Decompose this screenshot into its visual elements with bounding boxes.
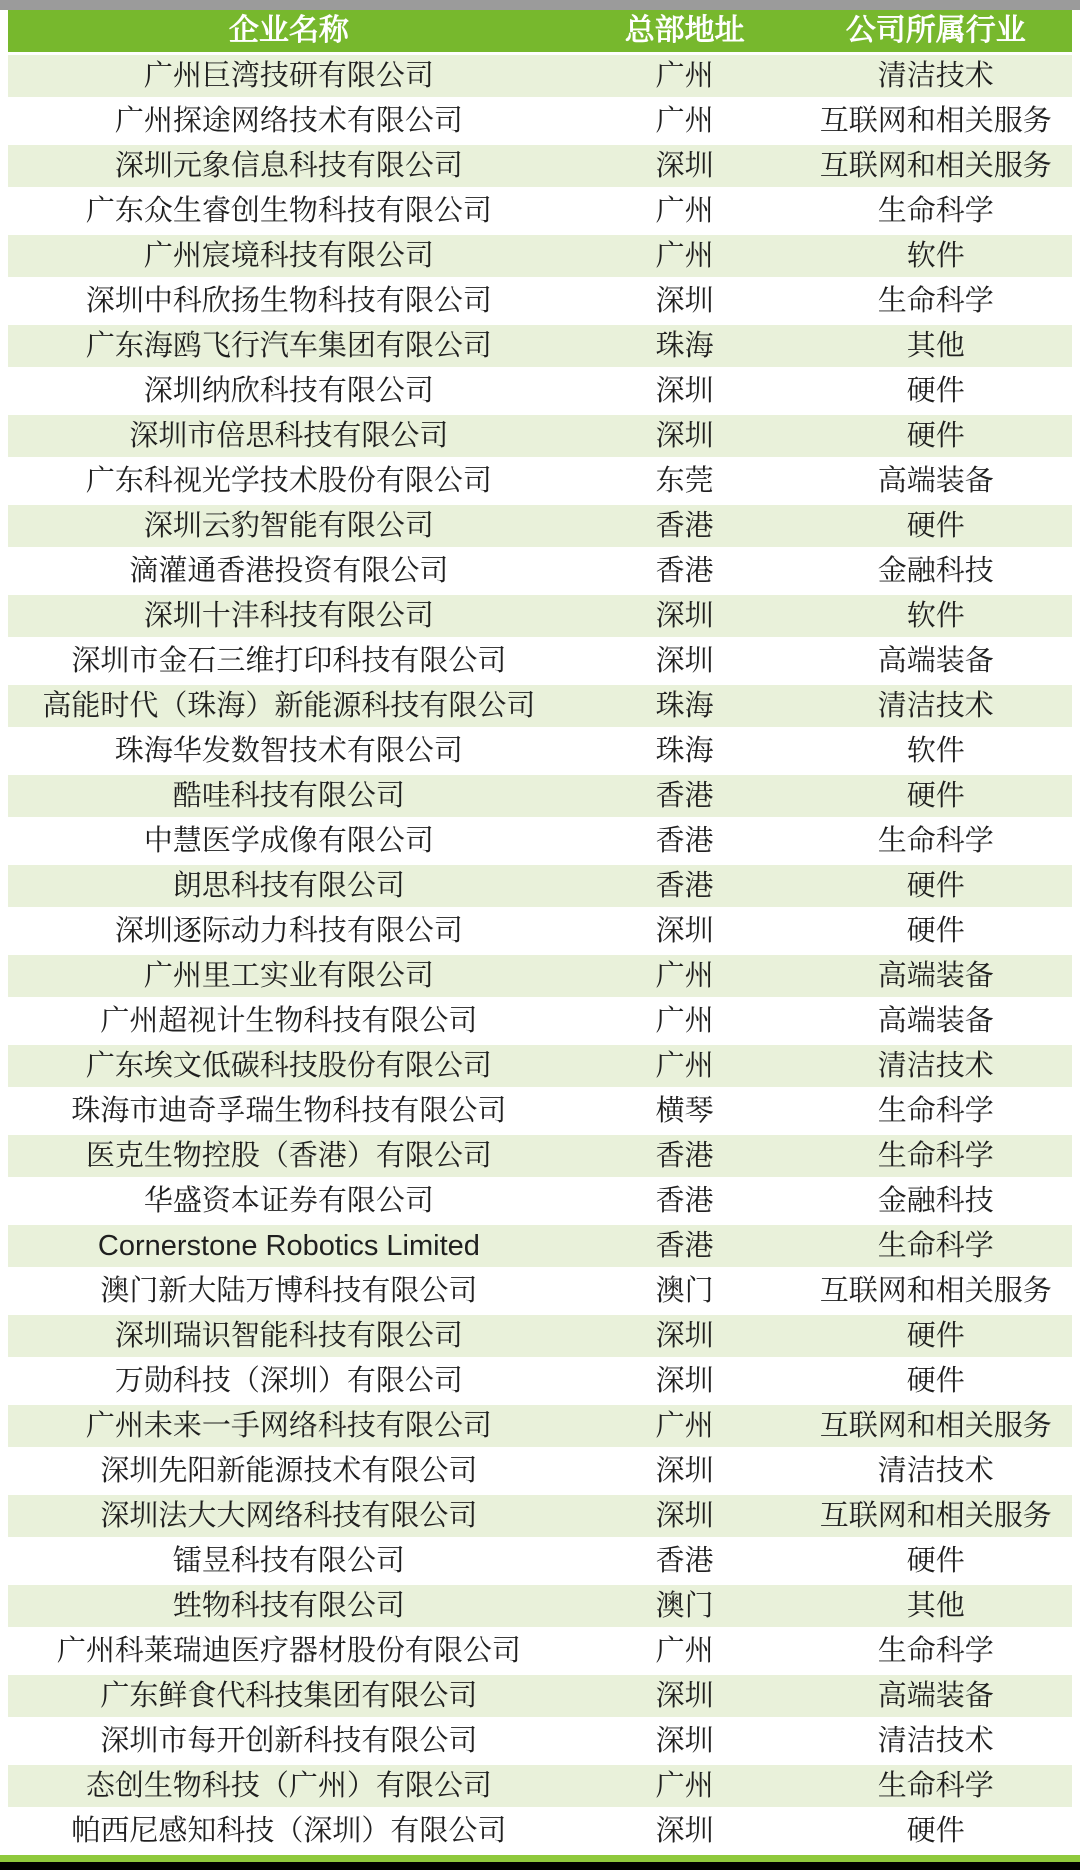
industry-cell: 清洁技术 [800,1450,1072,1492]
table-row: 珠海市迪奇孚瑞生物科技有限公司 横琴 生命科学 [8,1090,1072,1135]
company-name-cell: 深圳法大大网络科技有限公司 [8,1495,570,1537]
headquarters-cell: 澳门 [570,1270,800,1312]
industry-cell: 互联网和相关服务 [800,1495,1072,1537]
headquarters-cell: 深圳 [570,595,800,637]
industry-cell: 高端装备 [800,1675,1072,1717]
column-header-industry: 公司所属行业 [800,10,1072,52]
company-name-cell: 朗思科技有限公司 [8,865,570,907]
headquarters-cell: 广州 [570,1630,800,1672]
industry-cell: 其他 [800,325,1072,367]
table-row: 深圳十沣科技有限公司 深圳 软件 [8,595,1072,640]
headquarters-cell: 香港 [570,550,800,592]
table-row: 广东众生睿创生物科技有限公司 广州 生命科学 [8,190,1072,235]
headquarters-cell: 深圳 [570,1810,800,1852]
top-gray-bar [0,0,1080,10]
industry-cell: 互联网和相关服务 [800,145,1072,187]
table-row: 滴灌通香港投资有限公司 香港 金融科技 [8,550,1072,595]
table-row: 甡物科技有限公司 澳门 其他 [8,1585,1072,1630]
table-row: 朗思科技有限公司 香港 硬件 [8,865,1072,910]
table-row: 广东鲜食代科技集团有限公司 深圳 高端装备 [8,1675,1072,1720]
table-row: 医克生物控股（香港）有限公司 香港 生命科学 [8,1135,1072,1180]
headquarters-cell: 深圳 [570,145,800,187]
headquarters-cell: 深圳 [570,1675,800,1717]
industry-cell: 软件 [800,730,1072,772]
headquarters-cell: 珠海 [570,685,800,727]
industry-cell: 清洁技术 [800,685,1072,727]
headquarters-cell: 广州 [570,235,800,277]
headquarters-cell: 广州 [570,190,800,232]
company-name-cell: 深圳纳欣科技有限公司 [8,370,570,412]
company-name-cell: Cornerstone Robotics Limited [8,1225,570,1267]
industry-cell: 金融科技 [800,1180,1072,1222]
company-name-cell: 万勋科技（深圳）有限公司 [8,1360,570,1402]
company-name-cell: 广州巨湾技研有限公司 [8,55,570,97]
table-row: 广州里工实业有限公司 广州 高端装备 [8,955,1072,1000]
headquarters-cell: 深圳 [570,1315,800,1357]
industry-cell: 硬件 [800,1810,1072,1852]
headquarters-cell: 广州 [570,100,800,142]
industry-cell: 生命科学 [800,1765,1072,1807]
company-name-cell: 深圳中科欣扬生物科技有限公司 [8,280,570,322]
table-row: 深圳市金石三维打印科技有限公司 深圳 高端装备 [8,640,1072,685]
industry-cell: 生命科学 [800,190,1072,232]
headquarters-cell: 深圳 [570,910,800,952]
industry-cell: 软件 [800,595,1072,637]
headquarters-cell: 广州 [570,955,800,997]
table-row: 广州巨湾技研有限公司 广州 清洁技术 [8,55,1072,100]
headquarters-cell: 广州 [570,1045,800,1087]
table-row: Cornerstone Robotics Limited 香港 生命科学 [8,1225,1072,1270]
company-name-cell: 中慧医学成像有限公司 [8,820,570,862]
screenshot-root: 企业名称 总部地址 公司所属行业 广州巨湾技研有限公司 广州 清洁技术 广州探途… [0,0,1080,1870]
company-name-cell: 深圳元象信息科技有限公司 [8,145,570,187]
table-row: 广东埃文低碳科技股份有限公司 广州 清洁技术 [8,1045,1072,1090]
table-row: 深圳纳欣科技有限公司 深圳 硬件 [8,370,1072,415]
industry-cell: 生命科学 [800,1225,1072,1267]
headquarters-cell: 广州 [570,55,800,97]
industry-cell: 互联网和相关服务 [800,1270,1072,1312]
company-name-cell: 澳门新大陆万博科技有限公司 [8,1270,570,1312]
industry-cell: 互联网和相关服务 [800,100,1072,142]
company-name-cell: 深圳逐际动力科技有限公司 [8,910,570,952]
company-name-cell: 广东鲜食代科技集团有限公司 [8,1675,570,1717]
table-row: 高能时代（珠海）新能源科技有限公司 珠海 清洁技术 [8,685,1072,730]
industry-cell: 硬件 [800,1360,1072,1402]
industry-cell: 清洁技术 [800,1045,1072,1087]
company-name-cell: 深圳市每开创新科技有限公司 [8,1720,570,1762]
headquarters-cell: 香港 [570,775,800,817]
headquarters-cell: 横琴 [570,1090,800,1132]
headquarters-cell: 香港 [570,1135,800,1177]
table-row: 万勋科技（深圳）有限公司 深圳 硬件 [8,1360,1072,1405]
company-name-cell: 高能时代（珠海）新能源科技有限公司 [8,685,570,727]
company-name-cell: 广东埃文低碳科技股份有限公司 [8,1045,570,1087]
industry-cell: 金融科技 [800,550,1072,592]
column-header-company-name: 企业名称 [8,10,570,52]
industry-cell: 硬件 [800,865,1072,907]
company-name-cell: 广东科视光学技术股份有限公司 [8,460,570,502]
column-header-headquarters: 总部地址 [570,10,800,52]
industry-cell: 高端装备 [800,955,1072,997]
company-name-cell: 滴灌通香港投资有限公司 [8,550,570,592]
industry-cell: 软件 [800,235,1072,277]
industry-cell: 硬件 [800,415,1072,457]
company-name-cell: 广州未来一手网络科技有限公司 [8,1405,570,1447]
headquarters-cell: 香港 [570,865,800,907]
industry-cell: 其他 [800,1585,1072,1627]
company-name-cell: 广东众生睿创生物科技有限公司 [8,190,570,232]
company-name-cell: 广东海鸥飞行汽车集团有限公司 [8,325,570,367]
company-name-cell: 广州探途网络技术有限公司 [8,100,570,142]
industry-cell: 生命科学 [800,280,1072,322]
table-row: 深圳市倍思科技有限公司 深圳 硬件 [8,415,1072,460]
headquarters-cell: 珠海 [570,730,800,772]
table-row: 中慧医学成像有限公司 香港 生命科学 [8,820,1072,865]
headquarters-cell: 珠海 [570,325,800,367]
company-name-cell: 深圳十沣科技有限公司 [8,595,570,637]
company-name-cell: 珠海华发数智技术有限公司 [8,730,570,772]
industry-cell: 生命科学 [800,1090,1072,1132]
headquarters-cell: 香港 [570,1225,800,1267]
headquarters-cell: 深圳 [570,1450,800,1492]
company-name-cell: 深圳先阳新能源技术有限公司 [8,1450,570,1492]
table-body: 广州巨湾技研有限公司 广州 清洁技术 广州探途网络技术有限公司 广州 互联网和相… [8,55,1072,1855]
industry-cell: 互联网和相关服务 [800,1405,1072,1447]
industry-cell: 生命科学 [800,1630,1072,1672]
table-header-row: 企业名称 总部地址 公司所属行业 [8,10,1072,55]
table-row: 深圳云豹智能有限公司 香港 硬件 [8,505,1072,550]
industry-cell: 清洁技术 [800,55,1072,97]
headquarters-cell: 深圳 [570,640,800,682]
table-row: 广州探途网络技术有限公司 广州 互联网和相关服务 [8,100,1072,145]
headquarters-cell: 香港 [570,1180,800,1222]
table-row: 态创生物科技（广州）有限公司 广州 生命科学 [8,1765,1072,1810]
industry-cell: 生命科学 [800,1135,1072,1177]
table-row: 帕西尼感知科技（深圳）有限公司 深圳 硬件 [8,1810,1072,1855]
table-row: 广州科莱瑞迪医疗器材股份有限公司 广州 生命科学 [8,1630,1072,1675]
company-name-cell: 珠海市迪奇孚瑞生物科技有限公司 [8,1090,570,1132]
table-row: 广东科视光学技术股份有限公司 东莞 高端装备 [8,460,1072,505]
bottom-green-bar [0,1855,1080,1862]
table-row: 深圳瑞识智能科技有限公司 深圳 硬件 [8,1315,1072,1360]
table-row: 酷哇科技有限公司 香港 硬件 [8,775,1072,820]
table-row: 广州超视计生物科技有限公司 广州 高端装备 [8,1000,1072,1045]
company-name-cell: 广州里工实业有限公司 [8,955,570,997]
industry-cell: 硬件 [800,1540,1072,1582]
company-name-cell: 深圳市倍思科技有限公司 [8,415,570,457]
company-name-cell: 医克生物控股（香港）有限公司 [8,1135,570,1177]
industry-cell: 硬件 [800,370,1072,412]
bottom-black-bar [0,1862,1080,1870]
table-row: 广东海鸥飞行汽车集团有限公司 珠海 其他 [8,325,1072,370]
headquarters-cell: 澳门 [570,1585,800,1627]
table-row: 华盛资本证券有限公司 香港 金融科技 [8,1180,1072,1225]
headquarters-cell: 广州 [570,1000,800,1042]
company-name-cell: 态创生物科技（广州）有限公司 [8,1765,570,1807]
company-name-cell: 酷哇科技有限公司 [8,775,570,817]
headquarters-cell: 深圳 [570,1360,800,1402]
table-row: 深圳市每开创新科技有限公司 深圳 清洁技术 [8,1720,1072,1765]
headquarters-cell: 香港 [570,505,800,547]
table-row: 广州未来一手网络科技有限公司 广州 互联网和相关服务 [8,1405,1072,1450]
headquarters-cell: 香港 [570,1540,800,1582]
company-name-cell: 甡物科技有限公司 [8,1585,570,1627]
headquarters-cell: 东莞 [570,460,800,502]
table-row: 深圳元象信息科技有限公司 深圳 互联网和相关服务 [8,145,1072,190]
table-row: 澳门新大陆万博科技有限公司 澳门 互联网和相关服务 [8,1270,1072,1315]
industry-cell: 硬件 [800,775,1072,817]
table-row: 深圳中科欣扬生物科技有限公司 深圳 生命科学 [8,280,1072,325]
headquarters-cell: 深圳 [570,415,800,457]
company-name-cell: 镭昱科技有限公司 [8,1540,570,1582]
headquarters-cell: 深圳 [570,1495,800,1537]
company-name-cell: 广州科莱瑞迪医疗器材股份有限公司 [8,1630,570,1672]
headquarters-cell: 深圳 [570,370,800,412]
company-name-cell: 帕西尼感知科技（深圳）有限公司 [8,1810,570,1852]
table-row: 深圳法大大网络科技有限公司 深圳 互联网和相关服务 [8,1495,1072,1540]
table-row: 珠海华发数智技术有限公司 珠海 软件 [8,730,1072,775]
company-name-cell: 广州宸境科技有限公司 [8,235,570,277]
company-name-cell: 广州超视计生物科技有限公司 [8,1000,570,1042]
company-table: 企业名称 总部地址 公司所属行业 广州巨湾技研有限公司 广州 清洁技术 广州探途… [8,10,1072,1855]
company-name-cell: 华盛资本证券有限公司 [8,1180,570,1222]
table-row: 深圳先阳新能源技术有限公司 深圳 清洁技术 [8,1450,1072,1495]
industry-cell: 硬件 [800,910,1072,952]
company-name-cell: 深圳云豹智能有限公司 [8,505,570,547]
headquarters-cell: 香港 [570,820,800,862]
industry-cell: 硬件 [800,505,1072,547]
industry-cell: 高端装备 [800,460,1072,502]
headquarters-cell: 广州 [570,1405,800,1447]
headquarters-cell: 广州 [570,1765,800,1807]
table-row: 镭昱科技有限公司 香港 硬件 [8,1540,1072,1585]
industry-cell: 高端装备 [800,1000,1072,1042]
industry-cell: 高端装备 [800,640,1072,682]
headquarters-cell: 深圳 [570,280,800,322]
company-name-cell: 深圳市金石三维打印科技有限公司 [8,640,570,682]
table-row: 广州宸境科技有限公司 广州 软件 [8,235,1072,280]
industry-cell: 清洁技术 [800,1720,1072,1762]
table-row: 深圳逐际动力科技有限公司 深圳 硬件 [8,910,1072,955]
industry-cell: 生命科学 [800,820,1072,862]
headquarters-cell: 深圳 [570,1720,800,1762]
company-name-cell: 深圳瑞识智能科技有限公司 [8,1315,570,1357]
industry-cell: 硬件 [800,1315,1072,1357]
